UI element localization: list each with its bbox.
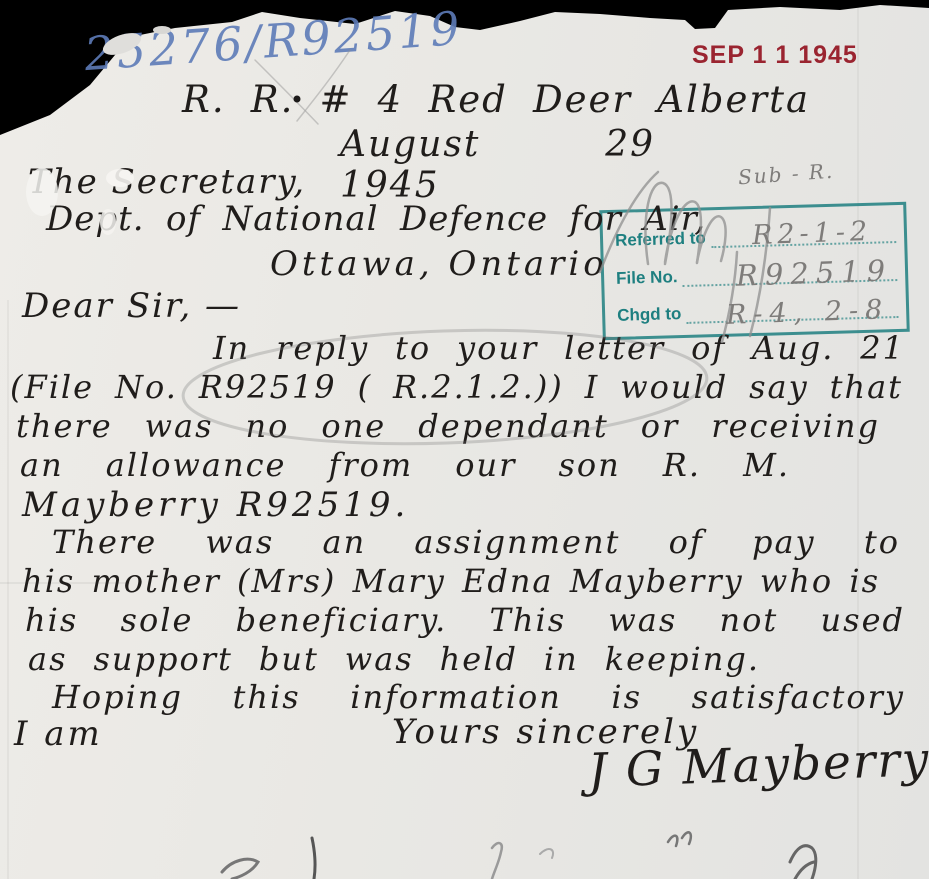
- stamp-row-label: Chgd to: [617, 304, 682, 326]
- body-line: an allowance from our son R. M.: [20, 446, 790, 484]
- return-address-line: R. R. # 4 Red Deer Alberta: [182, 78, 810, 121]
- stamp-row-label: File No.: [616, 267, 678, 289]
- body-line: Hoping this information is satisfactory: [52, 678, 905, 716]
- scanned-letter-page: 25276/R92519 SEP 1 1 1945 Sub - R. Refer…: [0, 0, 929, 879]
- body-line: In reply to your letter of Aug. 21: [213, 329, 905, 367]
- body-line: (File No. R92519 ( R.2.1.2.)) I would sa…: [10, 368, 903, 406]
- stamp-value-file-no: R92519: [735, 253, 892, 292]
- stamp-value-chgd-to: R-4, 2-8: [726, 294, 890, 331]
- salutation: Dear Sir, —: [22, 286, 241, 326]
- closing-i-am: I am: [14, 714, 103, 754]
- received-date-stamp: SEP 1 1 1945: [692, 41, 858, 70]
- body-line: There was an assignment of pay to: [52, 523, 900, 561]
- body-line: his sole beneficiary. This was not used: [25, 601, 905, 639]
- recipient-city-line: Ottawa, Ontario: [270, 244, 608, 284]
- body-line: as support but was held in keeping.: [28, 640, 760, 678]
- paper-crease-vertical-left: [7, 300, 9, 879]
- body-line: there was no one dependant or receiving: [16, 407, 880, 445]
- body-line: his mother (Mrs) Mary Edna Mayberry who …: [22, 562, 880, 600]
- date-line: August 29 1945: [340, 124, 655, 206]
- recipient-secretary-line: The Secretary,: [28, 162, 306, 202]
- recipient-department-line: Dept. of National Defence for Air,: [46, 199, 706, 239]
- body-line: Mayberry R92519.: [22, 485, 409, 525]
- stamp-value-referred-to: R2-1-2: [751, 216, 872, 251]
